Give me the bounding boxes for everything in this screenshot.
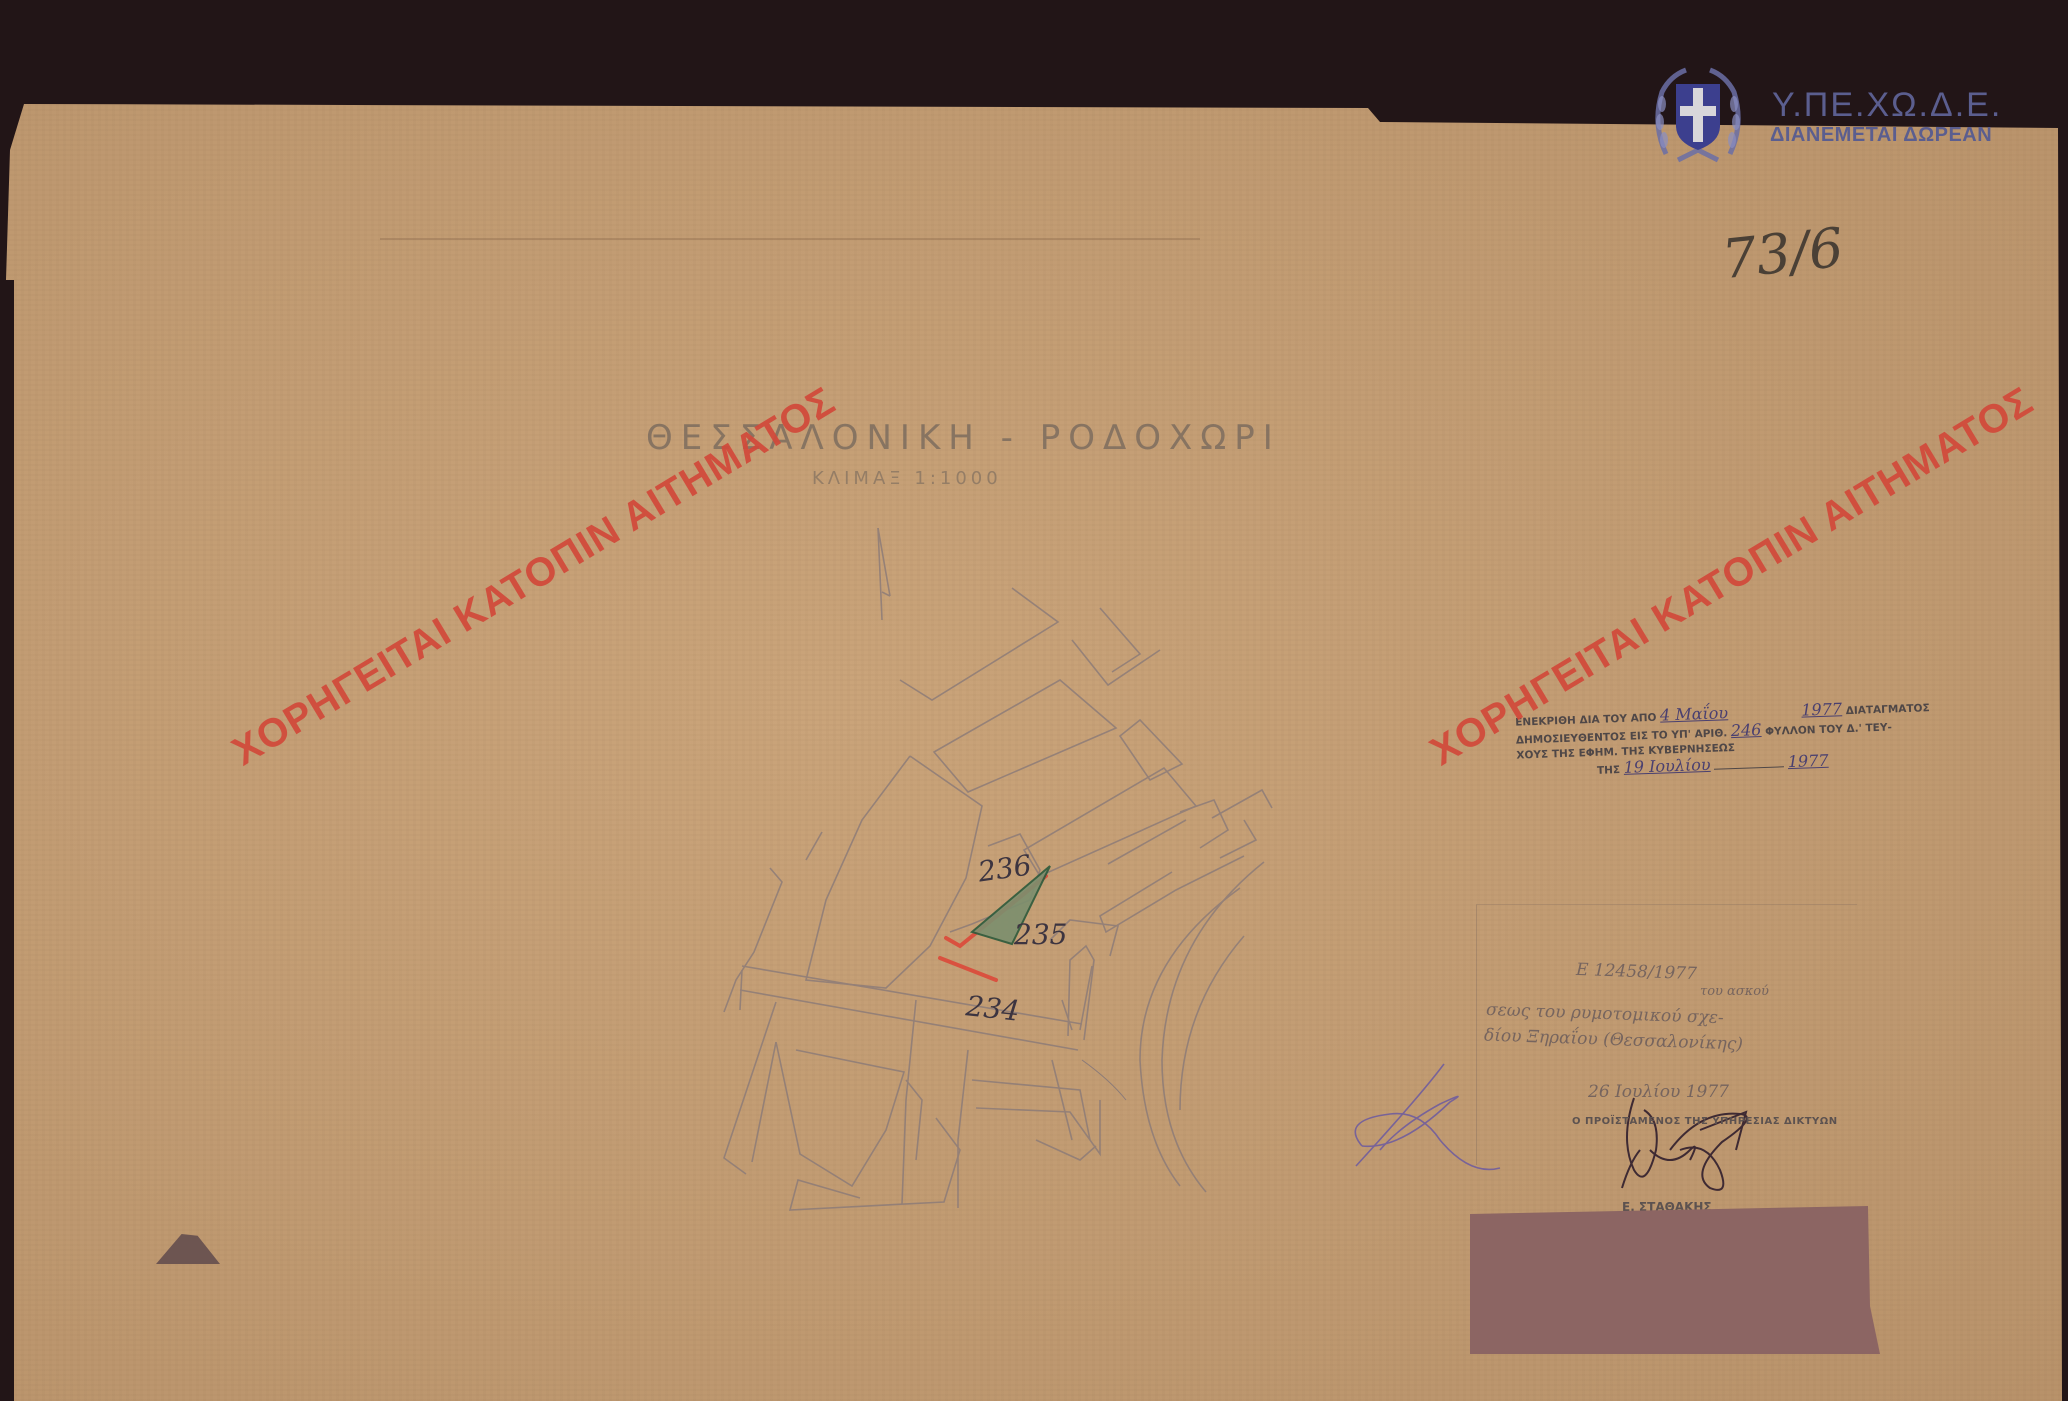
approval-stamp: ΕΝΕΚΡΙΘΗ ΔΙΑ ΤΟΥ ΑΠΟ 4 Μαΐου 1977 ΔΙΑΤΑΓ… [1515,699,1897,781]
pencil-note-date: 26 Ιουλίου 1977 [1588,1082,1729,1102]
lot-label-235: 235 [1014,918,1067,951]
publication-year: 1977 [1787,751,1828,771]
approval-line-4: ΤΗΣ [1597,764,1621,777]
redacted-block [1470,1206,1880,1354]
publication-date: 19 Ιουλίου [1623,755,1711,777]
decree-date: 4 Μαΐου [1660,703,1729,724]
gazette-issue: ΦΥΛΛΟΝ ΤΟΥ Δ.' ΤΕΥ- [1765,722,1892,738]
pencil-note-reference: Ε 12458/1977 [1576,960,1698,984]
lot-label-234: 234 [964,989,1021,1027]
decree-year: 1977 [1801,699,1842,719]
pencil-note-line-2: του ασκού [1700,984,1769,999]
signatory-title: Ο ΠΡΟΪΣΤΑΜΕΝΟΣ ΤΗΣ ΥΠΗΡΕΣΙΑΣ ΔΙΚΤΥΩΝ [1572,1116,1838,1127]
north-arrow-icon [878,528,890,620]
map-sheet: Υ.ΠΕ.ΧΩ.Δ.Ε. ΔΙΑΝΕΜΕΤΑΙ ΔΩΡΕΑΝ 73/6 ΘΕΣΣ… [0,0,2068,1401]
gazette-number: 246 [1731,720,1762,740]
